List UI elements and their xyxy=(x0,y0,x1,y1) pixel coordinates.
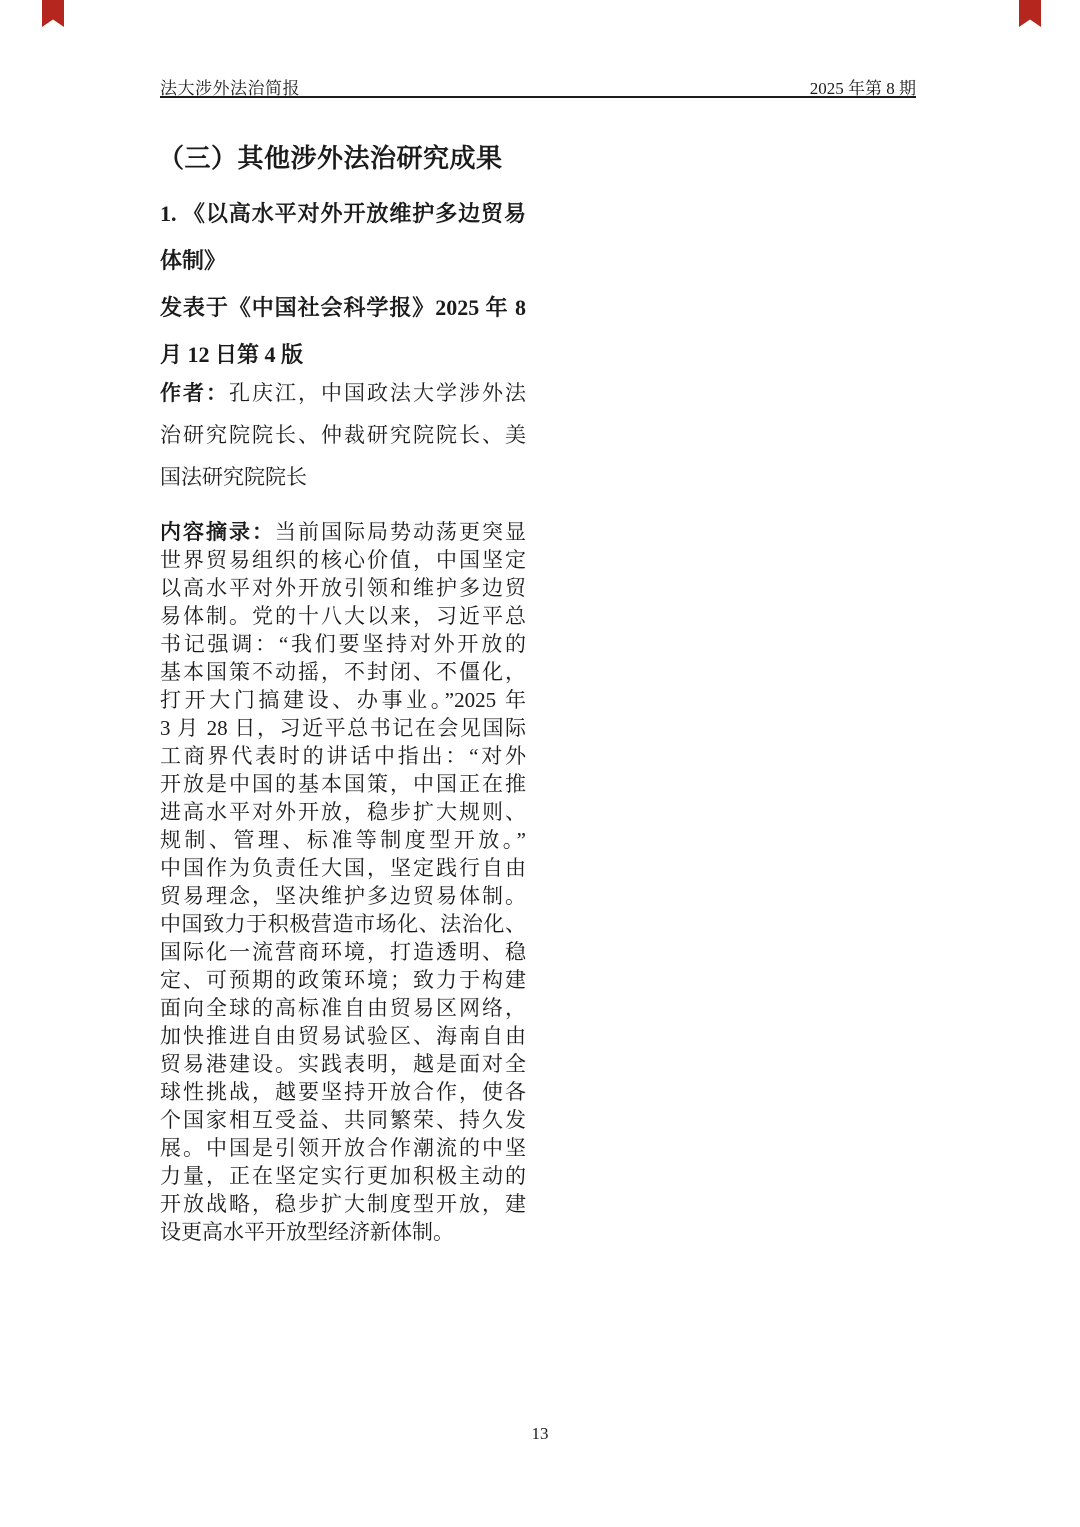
section-heading: （三）其他涉外法治研究成果 xyxy=(158,138,503,175)
page-number: 13 xyxy=(0,1424,1080,1444)
text-line: 治研究院院长、仲裁研究院院长、美 xyxy=(160,414,526,456)
text-line: 个国家相互受益、共同繁荣、持久发 xyxy=(160,1106,526,1134)
text-line: 世界贸易组织的核心价值，中国坚定 xyxy=(160,546,526,574)
abstract-label: 内容摘录： xyxy=(160,520,275,544)
article-title: 1. 《以高水平对外开放维护多边贸易体制》 xyxy=(160,190,526,284)
abstract-rest-lines: 世界贸易组织的核心价值，中国坚定以高水平对外开放引领和维护多边贸易体制。党的十八… xyxy=(160,546,526,1246)
abstract-first-line: 内容摘录：当前国际局势动荡更突显 xyxy=(160,518,526,546)
text-line: 展。中国是引领开放合作潮流的中坚 xyxy=(160,1134,526,1162)
document-page: 法大涉外法治简报 2025 年第 8 期 （三）其他涉外法治研究成果 1. 《以… xyxy=(0,0,1080,1527)
text-line: 体制》 xyxy=(160,237,526,284)
text-line: 中国作为负责任大国，坚定践行自由 xyxy=(160,854,526,882)
text-line: 贸易理念，坚决维护多边贸易体制。 xyxy=(160,882,526,910)
text-line: 中国致力于积极营造市场化、法治化、 xyxy=(160,910,526,938)
text-line: 加快推进自由贸易试验区、海南自由 xyxy=(160,1022,526,1050)
text-line: 易体制。党的十八大以来，习近平总 xyxy=(160,602,526,630)
red-corner-mark-right xyxy=(1019,0,1041,27)
text-line: 书记强调：“我们要坚持对外开放的 xyxy=(160,630,526,658)
text-line: 基本国策不动摇，不封闭、不僵化， xyxy=(160,658,526,686)
text-line: 月 12 日第 4 版 xyxy=(160,331,526,378)
text-line: 进高水平对外开放，稳步扩大规则、 xyxy=(160,798,526,826)
text-line: 定、可预期的政策环境；致力于构建 xyxy=(160,966,526,994)
article-publication-info: 发表于《中国社会科学报》2025 年 8月 12 日第 4 版 xyxy=(160,284,526,378)
text-line: 1. 《以高水平对外开放维护多边贸易 xyxy=(160,190,526,237)
author-label: 作者： xyxy=(160,381,229,405)
article-title-block: 1. 《以高水平对外开放维护多边贸易体制》 发表于《中国社会科学报》2025 年… xyxy=(160,190,526,378)
text-line: 发表于《中国社会科学报》2025 年 8 xyxy=(160,284,526,331)
author-block: 作者：孔庆江，中国政法大学涉外法 治研究院院长、仲裁研究院院长、美国法研究院院长 xyxy=(160,372,526,498)
author-first-line-text: 孔庆江，中国政法大学涉外法 xyxy=(229,381,526,405)
text-line: 球性挑战，越要坚持开放合作，使各 xyxy=(160,1078,526,1106)
text-line: 国际化一流营商环境，打造透明、稳 xyxy=(160,938,526,966)
red-corner-mark-left xyxy=(42,0,64,27)
abstract-first-line-text: 当前国际局势动荡更突显 xyxy=(275,520,526,544)
text-line: 工商界代表时的讲话中指出：“对外 xyxy=(160,742,526,770)
text-line: 力量，正在坚定实行更加积极主动的 xyxy=(160,1162,526,1190)
text-line: 打开大门搞建设、办事业。”2025 年 xyxy=(160,686,526,714)
author-rest-lines: 治研究院院长、仲裁研究院院长、美国法研究院院长 xyxy=(160,414,526,498)
header-rule xyxy=(160,96,916,98)
text-line: 开放战略，稳步扩大制度型开放，建 xyxy=(160,1190,526,1218)
abstract-block: 内容摘录：当前国际局势动荡更突显 世界贸易组织的核心价值，中国坚定以高水平对外开… xyxy=(160,518,526,1246)
text-line: 贸易港建设。实践表明，越是面对全 xyxy=(160,1050,526,1078)
text-line: 国法研究院院长 xyxy=(160,456,526,498)
text-line: 规制、管理、标准等制度型开放。” xyxy=(160,826,526,854)
author-first-line: 作者：孔庆江，中国政法大学涉外法 xyxy=(160,372,526,414)
text-line: 开放是中国的基本国策，中国正在推 xyxy=(160,770,526,798)
text-line: 3 月 28 日，习近平总书记在会见国际 xyxy=(160,714,526,742)
text-line: 面向全球的高标准自由贸易区网络， xyxy=(160,994,526,1022)
text-line: 设更高水平开放型经济新体制。 xyxy=(160,1218,526,1246)
text-line: 以高水平对外开放引领和维护多边贸 xyxy=(160,574,526,602)
